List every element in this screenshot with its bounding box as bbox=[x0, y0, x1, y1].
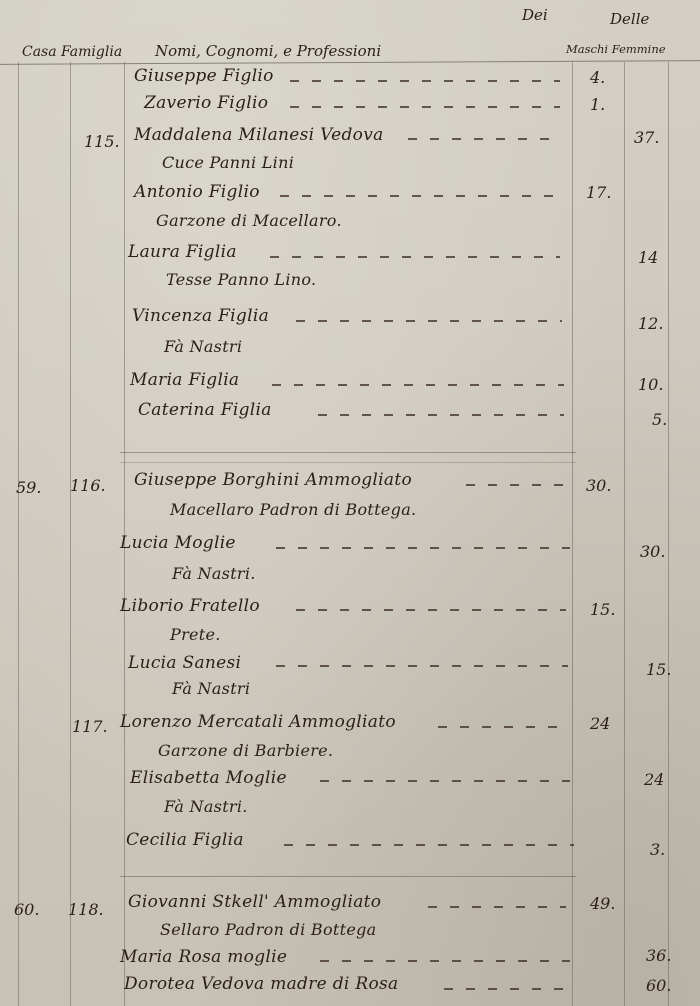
entry-famiglia-number: 118. bbox=[68, 900, 104, 919]
section-separator-1b bbox=[120, 462, 576, 463]
dash-leader bbox=[320, 960, 570, 962]
entry-profession: Garzone di Macellaro. bbox=[156, 211, 342, 230]
entry-profession: Prete. bbox=[170, 625, 221, 644]
dash-leader bbox=[318, 414, 564, 416]
entry-name: Zaverio Figlio bbox=[144, 93, 268, 113]
entry-name: Maddalena Milanesi Vedova bbox=[134, 125, 384, 145]
entry-profession: Sellaro Padron di Bottega bbox=[160, 920, 377, 939]
entry-maschi: 49. bbox=[590, 894, 615, 913]
entry-maschi: 4. bbox=[590, 68, 605, 87]
entry-femmine: 10. bbox=[638, 375, 663, 394]
rule-casa-famiglia bbox=[70, 62, 71, 1006]
dash-leader bbox=[408, 138, 560, 140]
dash-leader bbox=[290, 106, 560, 108]
entry-casa-number: 59. bbox=[16, 478, 41, 497]
dash-leader bbox=[276, 665, 568, 667]
entry-profession: Fà Nastri. bbox=[172, 564, 256, 583]
entry-maschi: 30. bbox=[586, 476, 611, 495]
entry-profession: Macellaro Padron di Bottega. bbox=[170, 500, 416, 519]
entry-femmine: 14 bbox=[638, 248, 658, 267]
dash-leader bbox=[296, 320, 562, 322]
dash-leader bbox=[466, 484, 566, 486]
rule-femmine-right bbox=[668, 62, 669, 1006]
entry-maschi: 24 bbox=[590, 714, 610, 733]
header-maschi-femmine: Maschi Femmine bbox=[566, 42, 666, 56]
entry-name: Giuseppe Figlio bbox=[134, 66, 274, 86]
entry-profession: Fà Nastri bbox=[172, 679, 250, 698]
entry-femmine: 12. bbox=[638, 314, 663, 333]
entry-name: Lucia Sanesi bbox=[128, 653, 241, 673]
dash-leader bbox=[444, 988, 570, 990]
dash-leader bbox=[284, 844, 574, 846]
entry-profession: Cuce Panni Lini bbox=[162, 153, 294, 172]
section-separator-2 bbox=[120, 876, 576, 877]
dash-leader bbox=[438, 726, 568, 728]
entry-name: Laura Figlia bbox=[128, 242, 237, 262]
entry-name: Maria Figlia bbox=[130, 370, 239, 390]
entry-femmine: 60. bbox=[646, 976, 671, 995]
section-separator-1 bbox=[120, 452, 576, 453]
entry-name: Lucia Moglie bbox=[120, 533, 236, 553]
header-nomi-cognomi-professioni: Nomi, Cognomi, e Professioni bbox=[155, 42, 381, 60]
entry-name: Giuseppe Borghini Ammogliato bbox=[134, 470, 412, 490]
entry-name: Giovanni Stkell' Ammogliato bbox=[128, 892, 381, 912]
entry-femmine: 37. bbox=[634, 128, 659, 147]
rule-casa-left bbox=[18, 62, 19, 1006]
entry-name: Vincenza Figlia bbox=[132, 306, 269, 326]
entry-casa-number: 60. bbox=[14, 900, 39, 919]
entry-name: Lorenzo Mercatali Ammogliato bbox=[120, 712, 396, 732]
entry-name: Liborio Fratello bbox=[120, 596, 260, 616]
entry-profession: Garzone di Barbiere. bbox=[158, 741, 333, 760]
entry-famiglia-number: 116. bbox=[70, 476, 106, 495]
entry-femmine: 15. bbox=[646, 660, 671, 679]
census-register-page: Dei Delle Casa Famiglia Nomi, Cognomi, e… bbox=[0, 0, 700, 1006]
entry-profession: Fà Nastri. bbox=[164, 797, 248, 816]
entry-maschi: 1. bbox=[590, 95, 605, 114]
entry-maschi: 15. bbox=[590, 600, 615, 619]
entry-name: Maria Rosa moglie bbox=[120, 947, 287, 967]
entry-femmine: 5. bbox=[652, 410, 667, 429]
entry-famiglia-number: 115. bbox=[84, 132, 120, 151]
entry-famiglia-number: 117. bbox=[72, 717, 108, 736]
dash-leader bbox=[290, 80, 560, 82]
entry-profession: Fà Nastri bbox=[164, 337, 242, 356]
entry-maschi: 17. bbox=[586, 183, 611, 202]
entry-femmine: 3. bbox=[650, 840, 665, 859]
dash-leader bbox=[276, 547, 570, 549]
header-dei: Dei bbox=[522, 6, 548, 24]
entry-name: Cecilia Figlia bbox=[126, 830, 244, 850]
entry-name: Caterina Figlia bbox=[138, 400, 272, 420]
dash-leader bbox=[428, 906, 566, 908]
dash-leader bbox=[280, 195, 560, 197]
dash-leader bbox=[296, 609, 566, 611]
rule-maschi-femmine bbox=[624, 62, 625, 1006]
entry-femmine: 24 bbox=[644, 770, 664, 789]
dash-leader bbox=[270, 256, 560, 258]
dash-leader bbox=[320, 780, 570, 782]
entry-name: Dorotea Vedova madre di Rosa bbox=[124, 974, 398, 994]
entry-profession: Tesse Panno Lino. bbox=[166, 270, 316, 289]
header-casa-famiglia: Casa Famiglia bbox=[22, 44, 122, 60]
dash-leader bbox=[272, 384, 564, 386]
entry-femmine: 36. bbox=[646, 946, 671, 965]
entry-name: Antonio Figlio bbox=[134, 182, 260, 202]
entry-femmine: 30. bbox=[640, 542, 665, 561]
header-delle: Delle bbox=[610, 10, 649, 28]
entry-name: Elisabetta Moglie bbox=[130, 768, 287, 788]
rule-nomi-maschi bbox=[572, 62, 573, 1006]
header-rule bbox=[0, 60, 700, 65]
